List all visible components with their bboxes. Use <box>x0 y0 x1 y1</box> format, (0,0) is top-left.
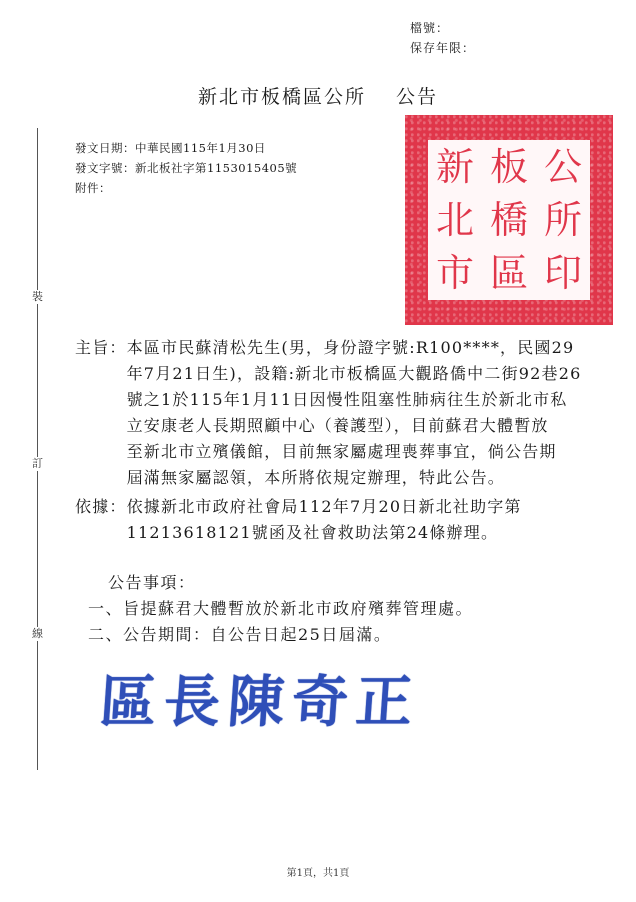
issue-number-label: 發文字號： <box>75 161 135 175</box>
page-number: 第1頁，共1頁 <box>0 864 636 879</box>
subject-section: 主旨： 本區市民蘇清松先生(男，身份證字號:R100****，民國29 年7月2… <box>75 335 615 491</box>
attachment-label: 附件： <box>75 181 111 195</box>
basis-line: 依據新北市政府社會局112年7月20日新北社助字第 <box>127 494 615 520</box>
binding-line <box>37 128 38 770</box>
seal-character: 印 <box>536 247 590 300</box>
agency-name: 新北市板橋區公所 <box>198 86 366 108</box>
attachment-row: 附件： <box>75 178 297 198</box>
file-number-label: 檔號： <box>410 18 475 38</box>
issue-date-label: 發文日期： <box>75 141 135 155</box>
subject-line: 屆滿無家屬認領，本所將依規定辦理，特此公告。 <box>127 465 615 491</box>
announcement-item: 二、公告期間：自公告日起25日屆滿。 <box>88 622 473 648</box>
basis-section: 依據： 依據新北市政府社會局112年7月20日新北社助字第 1121361812… <box>75 494 615 546</box>
subject-line: 至新北市立殯儀館，目前無家屬處理喪葬事宜，倘公告期 <box>127 439 615 465</box>
seal-character: 新 <box>428 140 482 193</box>
district-chief-signature-stamp: 區長陳奇正 <box>98 668 423 738</box>
basis-content: 依據新北市政府社會局112年7月20日新北社助字第 11213618121號函及… <box>127 494 615 546</box>
basis-label: 依據： <box>75 494 127 546</box>
subject-line: 立安康老人長期照顧中心（養護型），目前蘇君大體暫放 <box>127 413 615 439</box>
document-type: 公告 <box>396 86 438 108</box>
issue-number-row: 發文字號：新北板社字第1153015405號 <box>75 158 297 178</box>
subject-line: 本區市民蘇清松先生(男，身份證字號:R100****，民國29 <box>127 335 615 361</box>
seal-character: 北 <box>428 193 482 246</box>
subject-label: 主旨： <box>75 335 127 491</box>
seal-inner-field: 新 板 公 北 橋 所 市 區 印 <box>428 140 590 300</box>
issuance-info: 發文日期：中華民國115年1月30日 發文字號：新北板社字第1153015405… <box>75 138 297 198</box>
official-seal-stamp: 新 板 公 北 橋 所 市 區 印 <box>405 115 613 325</box>
basis-line: 11213618121號函及社會救助法第24條辦理。 <box>127 520 615 546</box>
issue-date-row: 發文日期：中華民國115年1月30日 <box>75 138 297 158</box>
retention-period-label: 保存年限： <box>410 38 475 58</box>
seal-character: 板 <box>482 140 536 193</box>
binding-mark-xian: 線 <box>30 627 45 641</box>
seal-character: 橋 <box>482 193 536 246</box>
announcement-item: 一、旨提蘇君大體暫放於新北市政府殯葬管理處。 <box>88 596 473 622</box>
issue-date-value: 中華民國115年1月30日 <box>135 141 266 155</box>
binding-mark-ding: 訂 <box>30 457 45 471</box>
subject-line: 號之1於115年1月11日因慢性阻塞性肺病往生於新北市私 <box>127 387 615 413</box>
page-title: 新北市板橋區公所公告 <box>0 82 636 109</box>
filing-meta: 檔號： 保存年限： <box>410 18 475 58</box>
seal-character: 市 <box>428 247 482 300</box>
binding-mark-zhuang: 裝 <box>30 290 45 304</box>
seal-character: 區 <box>482 247 536 300</box>
announcement-items: 公告事項： 一、旨提蘇君大體暫放於新北市政府殯葬管理處。 二、公告期間：自公告日… <box>88 570 473 648</box>
issue-number-value: 新北板社字第1153015405號 <box>135 161 297 175</box>
seal-character: 所 <box>536 193 590 246</box>
announcement-heading: 公告事項： <box>88 570 473 596</box>
seal-character: 公 <box>536 140 590 193</box>
subject-line: 年7月21日生)，設籍:新北市板橋區大觀路僑中二街92巷26 <box>127 361 615 387</box>
subject-content: 本區市民蘇清松先生(男，身份證字號:R100****，民國29 年7月21日生)… <box>127 335 615 491</box>
